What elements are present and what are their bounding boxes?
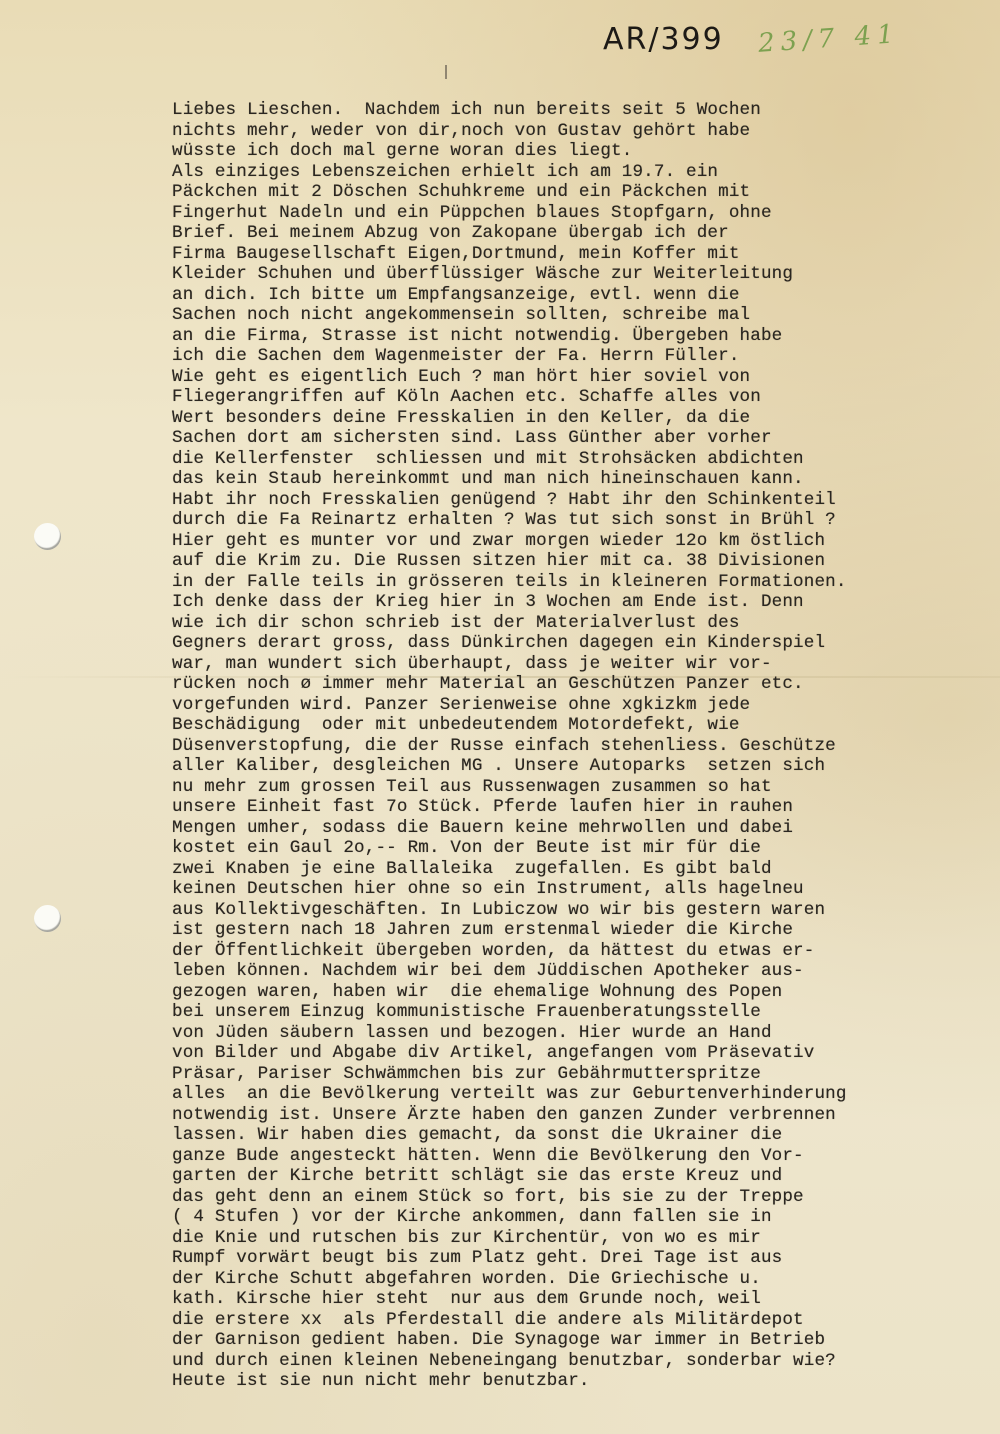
letter-line: Ich denke dass der Krieg hier in 3 Woche… — [172, 592, 972, 613]
letter-line: Düsenverstopfung, die der Russe einfach … — [172, 736, 972, 757]
letter-line: Wie geht es eigentlich Euch ? man hört h… — [172, 367, 972, 388]
letter-line: der Kirche Schutt abgefahren worden. Die… — [172, 1269, 972, 1290]
letter-line: an die Firma, Strasse ist nicht notwendi… — [172, 326, 972, 347]
letter-line: Fliegerangriffen auf Köln Aachen etc. Sc… — [172, 387, 972, 408]
letter-line: in der Falle teils in grösseren teils in… — [172, 572, 972, 593]
letter-line: wie ich dir schon schrieb ist der Materi… — [172, 613, 972, 634]
letter-line: die erstere xx als Pferdestall die ander… — [172, 1310, 972, 1331]
letter-line: Heute ist sie nun nicht mehr benutzbar. — [172, 1371, 972, 1392]
letter-line: Beschädigung oder mit unbedeutendem Moto… — [172, 715, 972, 736]
letter-line: ganze Bude angesteckt hätten. Wenn die B… — [172, 1146, 972, 1167]
punch-hole-bottom — [34, 905, 61, 932]
letter-line: Brief. Bei meinem Abzug von Zakopane übe… — [172, 223, 972, 244]
letter-line: Kleider Schuhen und überflüssiger Wäsche… — [172, 264, 972, 285]
letter-line: Hier geht es munter vor und zwar morgen … — [172, 531, 972, 552]
letter-line: Firma Baugesellschaft Eigen,Dortmund, me… — [172, 244, 972, 265]
letter-line: ist gestern nach 18 Jahren zum erstenmal… — [172, 920, 972, 941]
letter-line: aller Kaliber, desgleichen MG . Unsere A… — [172, 756, 972, 777]
letter-line: notwendig ist. Unsere Ärzte haben den ga… — [172, 1105, 972, 1126]
letter-line: Mengen umher, sodass die Bauern keine me… — [172, 818, 972, 839]
letter-line: keinen Deutschen hier ohne so ein Instru… — [172, 879, 972, 900]
letter-line: von Bilder und Abgabe div Artikel, angef… — [172, 1043, 972, 1064]
handwritten-date-annotation: 23/7 41 — [757, 19, 900, 59]
letter-line: die Knie und rutschen bis zur Kirchentür… — [172, 1228, 972, 1249]
letter-line: Habt ihr noch Fresskalien genügend ? Hab… — [172, 490, 972, 511]
punch-hole-top — [34, 523, 61, 550]
letter-line: Präsar, Pariser Schwämmchen bis zur Gebä… — [172, 1064, 972, 1085]
letter-line: ich die Sachen dem Wagenmeister der Fa. … — [172, 346, 972, 367]
letter-line: leben können. Nachdem wir bei dem Jüddis… — [172, 961, 972, 982]
letter-line: rücken noch ø immer mehr Material an Ges… — [172, 674, 972, 695]
letter-line: der Öffentlichkeit übergeben worden, da … — [172, 941, 972, 962]
letter-line: lassen. Wir haben dies gemacht, da sonst… — [172, 1125, 972, 1146]
letter-line: Rumpf vorwärt beugt bis zum Platz geht. … — [172, 1248, 972, 1269]
letter-line: Gegners derart gross, dass Dünkirchen da… — [172, 633, 972, 654]
pencil-mark — [445, 65, 447, 79]
letter-line: auf die Krim zu. Die Russen sitzen hier … — [172, 551, 972, 572]
letter-line: das kein Staub hereinkommt und man nich … — [172, 469, 972, 490]
letter-line: kath. Kirsche hier steht nur aus dem Gru… — [172, 1289, 972, 1310]
archive-reference-stamp: AR/399 — [603, 22, 724, 57]
letter-line: Wert besonders deine Fresskalien in den … — [172, 408, 972, 429]
letter-line: von Jüden säubern lassen und bezogen. Hi… — [172, 1023, 972, 1044]
letter-line: nu mehr zum grossen Teil aus Russenwagen… — [172, 777, 972, 798]
letter-line: unsere Einheit fast 7o Stück. Pferde lau… — [172, 797, 972, 818]
letter-line: durch die Fa Reinartz erhalten ? Was tut… — [172, 510, 972, 531]
letter-line: der Garnison gedient haben. Die Synagoge… — [172, 1330, 972, 1351]
letter-line: Päckchen mit 2 Döschen Schuhkreme und ei… — [172, 182, 972, 203]
letter-line: vorgefunden wird. Panzer Serienweise ohn… — [172, 695, 972, 716]
letter-line: aus Kollektivgeschäften. In Lubiczow wo … — [172, 900, 972, 921]
letter-line: bei unserem Einzug kommunistische Frauen… — [172, 1002, 972, 1023]
letter-line: kostet ein Gaul 2o,-- Rm. Von der Beute … — [172, 838, 972, 859]
letter-line: das geht denn an einem Stück so fort, bi… — [172, 1187, 972, 1208]
letter-line: zwei Knaben je eine Ballaleika zugefalle… — [172, 859, 972, 880]
letter-line: Sachen noch nicht angekommensein sollten… — [172, 305, 972, 326]
letter-line: gezogen waren, haben wir die ehemalige W… — [172, 982, 972, 1003]
letter-line: war, man wundert sich überhaupt, dass je… — [172, 654, 972, 675]
letter-line: ( 4 Stufen ) vor der Kirche ankommen, da… — [172, 1207, 972, 1228]
letter-line: Als einziges Lebenszeichen erhielt ich a… — [172, 162, 972, 183]
letter-line: Sachen dort am sichersten sind. Lass Gün… — [172, 428, 972, 449]
letter-line: die Kellerfenster schliessen und mit Str… — [172, 449, 972, 470]
letter-line: an dich. Ich bitte um Empfangsanzeige, e… — [172, 285, 972, 306]
letter-line: wüsste ich doch mal gerne woran dies lie… — [172, 141, 972, 162]
letter-line: Fingerhut Nadeln und ein Püppchen blaues… — [172, 203, 972, 224]
letter-line: Liebes Lieschen. Nachdem ich nun bereits… — [172, 100, 972, 121]
letter-line: garten der Kirche betritt schlägt sie da… — [172, 1166, 972, 1187]
letter-line: und durch einen kleinen Nebeneingang ben… — [172, 1351, 972, 1372]
letter-line: alles an die Bevölkerung verteilt was zu… — [172, 1084, 972, 1105]
typewritten-letter-body: Liebes Lieschen. Nachdem ich nun bereits… — [172, 100, 972, 1392]
letter-line: nichts mehr, weder von dir,noch von Gust… — [172, 121, 972, 142]
